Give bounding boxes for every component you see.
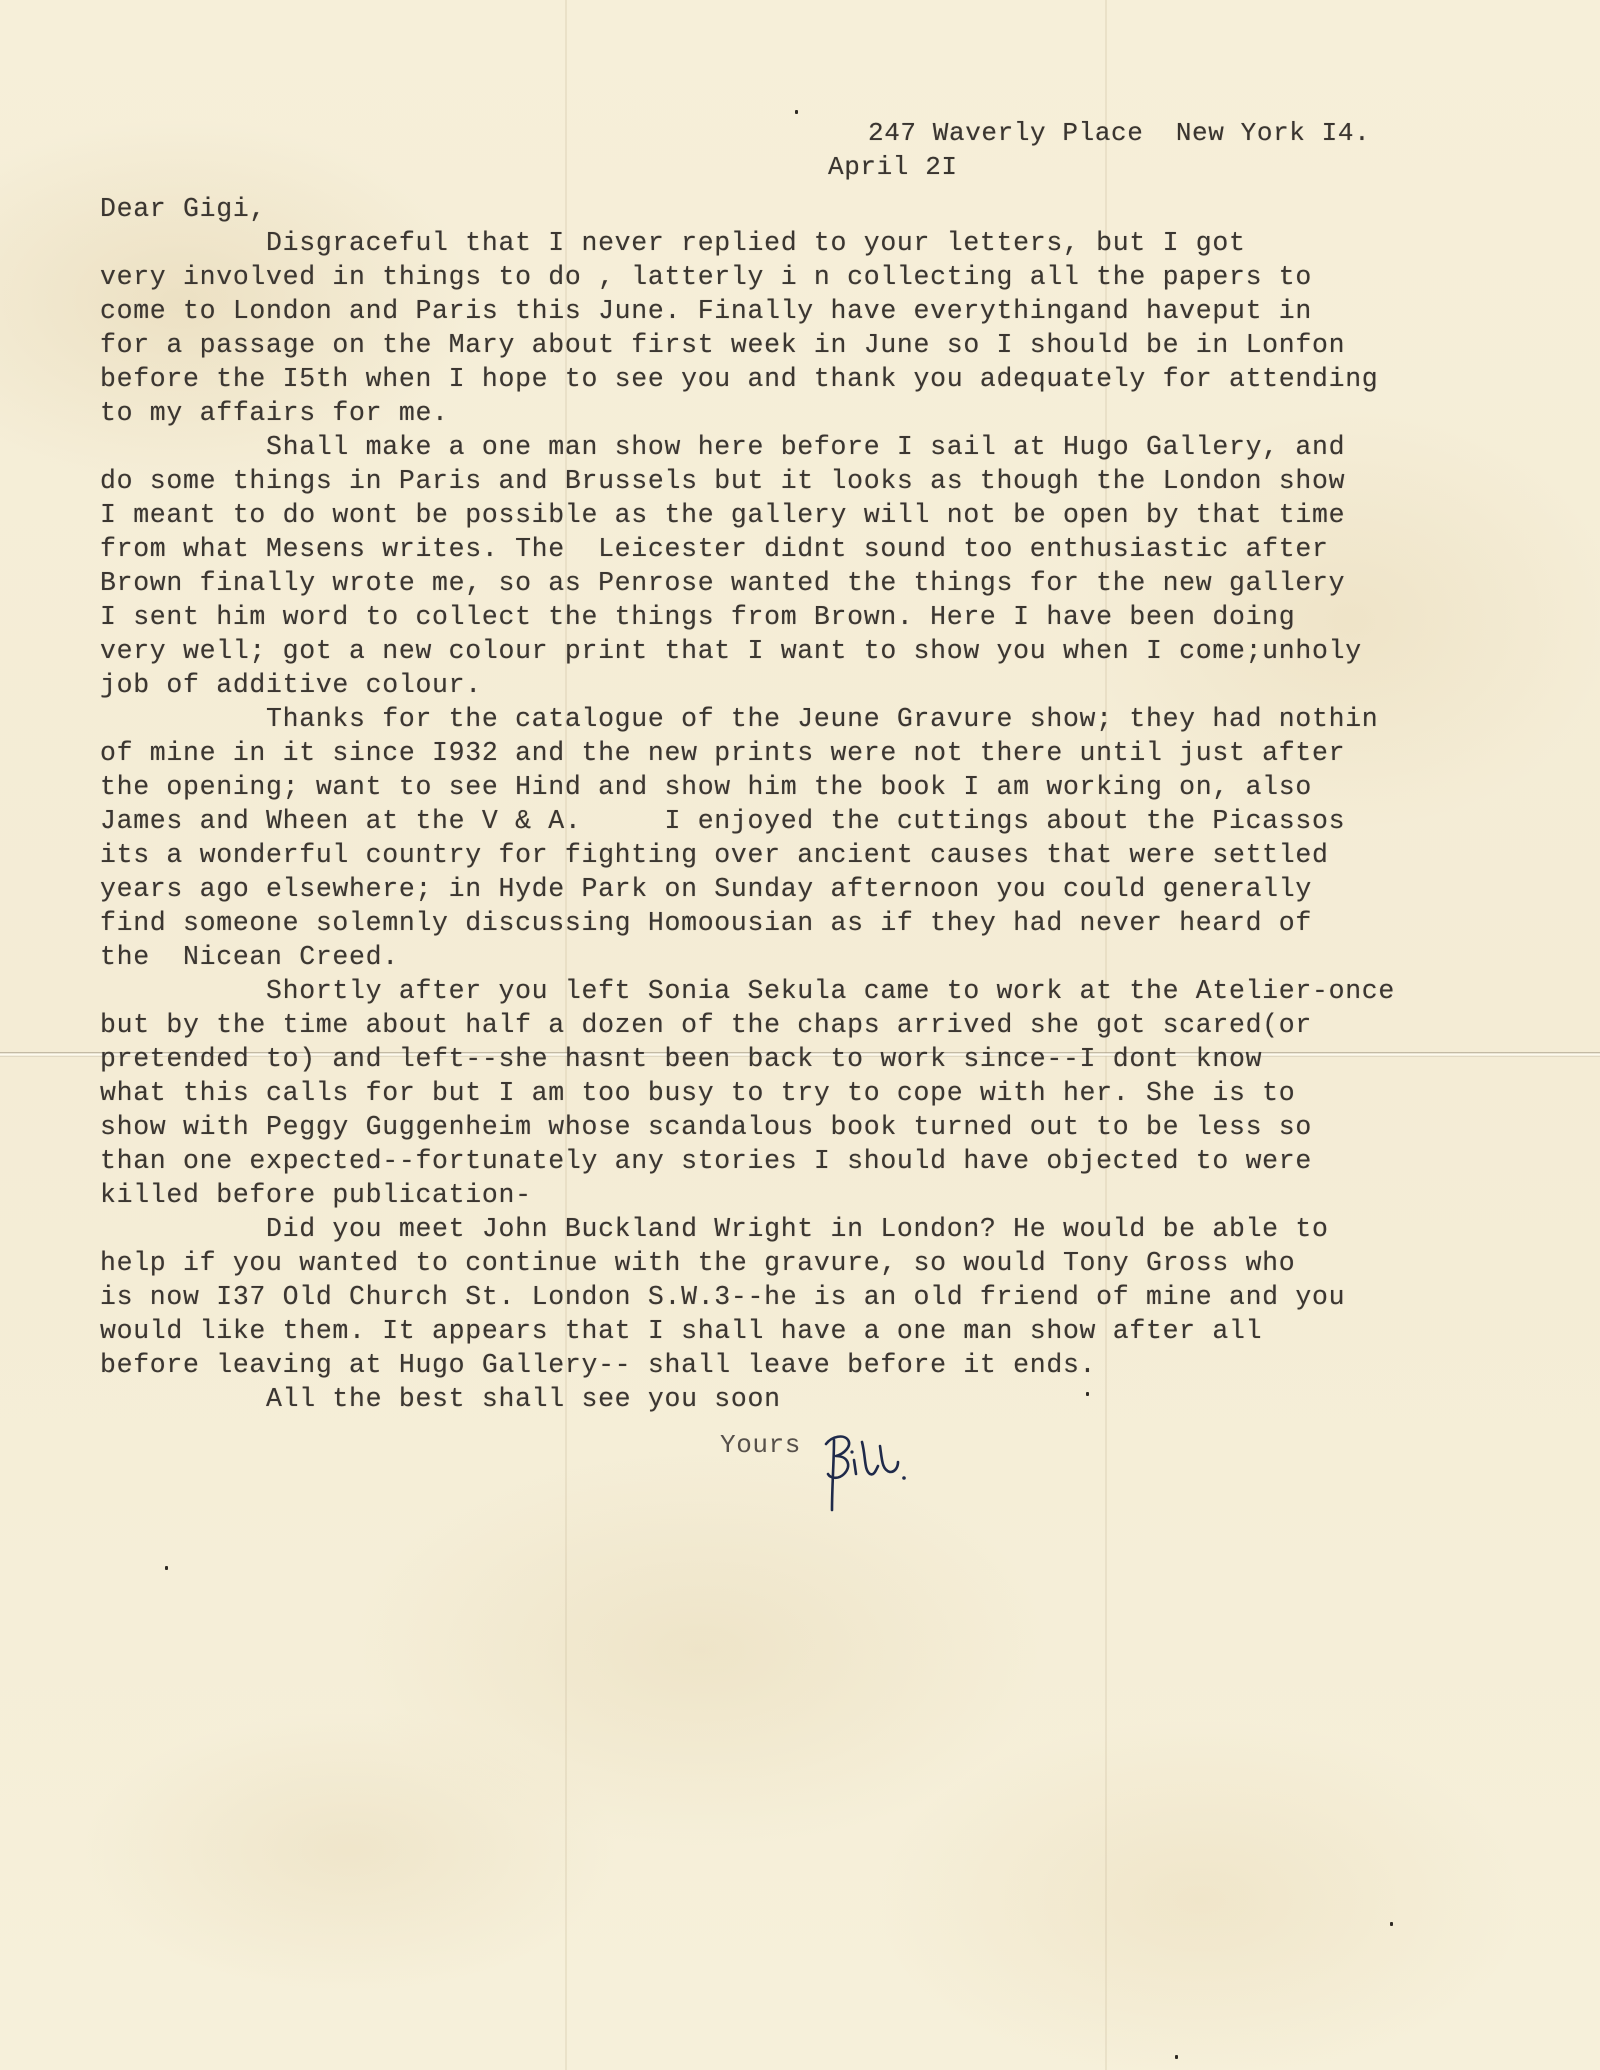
body-line: James and Wheen at the V & A. I enjoyed … [100,804,1560,838]
body-line: Thanks for the catalogue of the Jeune Gr… [100,702,1560,736]
body-line: of mine in it since I932 and the new pri… [100,736,1560,770]
body-line: killed before publication- [100,1178,1560,1212]
body-line: its a wonderful country for fighting ove… [100,838,1560,872]
letter-body: Dear Gigi, Disgraceful that I never repl… [100,192,1560,1416]
body-line: is now I37 Old Church St. London S.W.3--… [100,1280,1560,1314]
body-line: the Nicean Creed. [100,940,1560,974]
salutation: Dear Gigi, [100,192,1560,226]
body-line: I meant to do wont be possible as the ga… [100,498,1560,532]
body-line: from what Mesens writes. The Leicester d… [100,532,1560,566]
body-line: than one expected--fortunately any stori… [100,1144,1560,1178]
ink-speck [1086,1392,1089,1396]
body-line: very well; got a new colour print that I… [100,634,1560,668]
body-line: years ago elsewhere; in Hyde Park on Sun… [100,872,1560,906]
body-line: Shortly after you left Sonia Sekula came… [100,974,1560,1008]
body-line: Shall make a one man show here before I … [100,430,1560,464]
ink-speck [795,110,798,114]
body-line: do some things in Paris and Brussels but… [100,464,1560,498]
body-line: All the best shall see you soon [100,1382,1560,1416]
body-line: Disgraceful that I never replied to your… [100,226,1560,260]
body-line: for a passage on the Mary about first we… [100,328,1560,362]
body-line: I sent him word to collect the things fr… [100,600,1560,634]
body-line: but by the time about half a dozen of th… [100,1008,1560,1042]
ink-speck [1390,1922,1393,1926]
ink-speck [1175,2055,1178,2059]
body-line: would like them. It appears that I shall… [100,1314,1560,1348]
body-line: job of additive colour. [100,668,1560,702]
body-line: what this calls for but I am too busy to… [100,1076,1560,1110]
body-line: before the I5th when I hope to see you a… [100,362,1560,396]
body-line: show with Peggy Guggenheim whose scandal… [100,1110,1560,1144]
body-line: Brown finally wrote me, so as Penrose wa… [100,566,1560,600]
body-line: very involved in things to do , latterly… [100,260,1560,294]
body-line: find someone solemnly discussing Homoous… [100,906,1560,940]
sender-address: 247 Waverly Place New York I4. [868,118,1370,148]
body-line: to my affairs for me. [100,396,1560,430]
ink-speck [165,1566,168,1570]
closing: Yours [720,1430,801,1460]
body-line: the opening; want to see Hind and show h… [100,770,1560,804]
body-line: come to London and Paris this June. Fina… [100,294,1560,328]
letter-date: April 2I [828,152,958,182]
body-line: pretended to) and left--she hasnt been b… [100,1042,1560,1076]
body-line: help if you wanted to continue with the … [100,1246,1560,1280]
letter-page: 247 Waverly Place New York I4. April 2I … [0,0,1600,2070]
body-line: Did you meet John Buckland Wright in Lon… [100,1212,1560,1246]
signature-bill [818,1430,938,1520]
body-line: before leaving at Hugo Gallery-- shall l… [100,1348,1560,1382]
